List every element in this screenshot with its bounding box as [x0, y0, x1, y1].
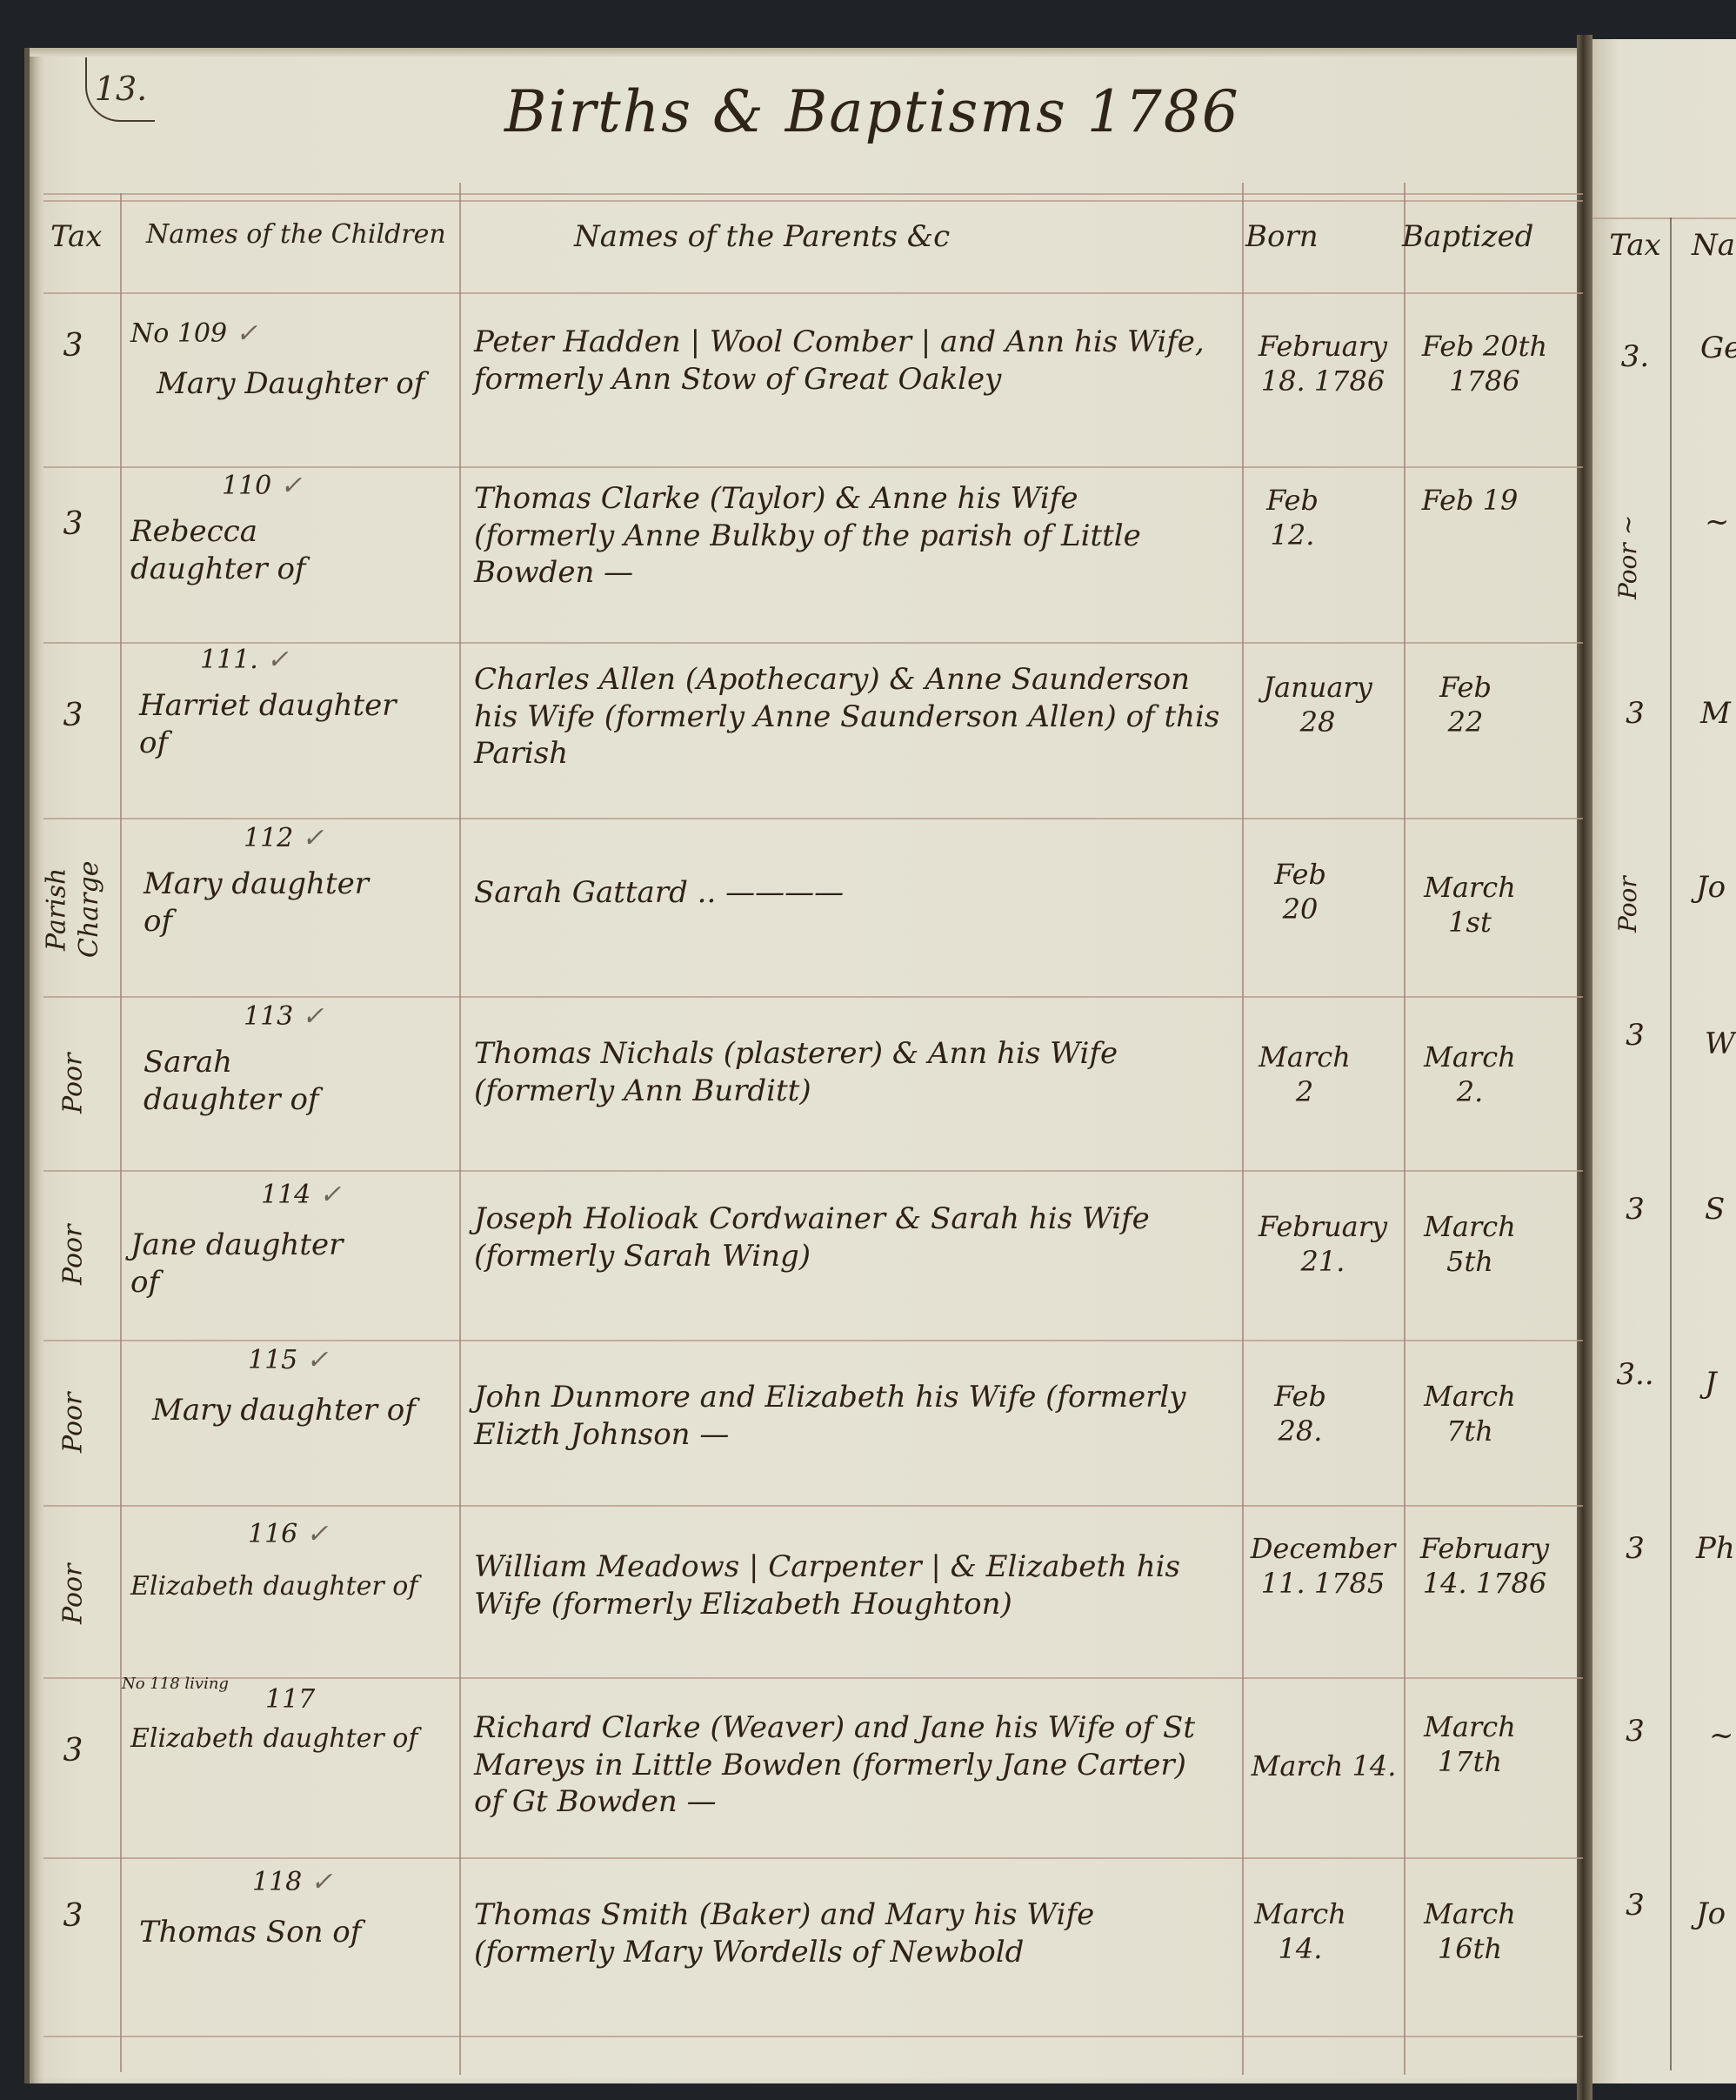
parents-names: Charles Allen (Apothecary) & Anne Saunde…: [474, 661, 1222, 772]
facing-name-fragment: ~: [1709, 1718, 1734, 1753]
facing-name-fragment: Jo: [1696, 1896, 1726, 1931]
entry-number-text: 115: [248, 1345, 297, 1375]
child-name: Sarah daughter of: [144, 1044, 352, 1118]
born-date: February 21.: [1249, 1209, 1397, 1279]
facing-tax: 3: [1596, 1714, 1674, 1749]
parents-names: Sarah Gattard .. ————: [474, 874, 1222, 912]
parents-names: Peter Hadden | Wool Comber | and Ann his…: [474, 324, 1222, 398]
entry-number: 110✓: [222, 470, 302, 503]
entry-number-text: 116: [248, 1519, 297, 1549]
facing-header-tax: Tax: [1596, 228, 1674, 263]
entry-number-text: 112: [244, 823, 293, 853]
checkmark-icon: ✓: [302, 1001, 324, 1032]
row-rule: [43, 2036, 1583, 2037]
header-tax: Tax: [50, 219, 102, 254]
page-title: Births & Baptisms 1786: [504, 78, 1240, 145]
checkmark-icon: ✓: [310, 1867, 332, 1897]
child-name: Mary daughter of: [152, 1392, 457, 1429]
child-name: Harriet daughter of: [139, 687, 400, 761]
tax-value: Poor: [49, 1514, 97, 1675]
entry-number-text: 114: [261, 1180, 310, 1210]
entry-number: No 109✓: [130, 318, 257, 351]
facing-name-fragment: ~: [1705, 505, 1730, 539]
parents-names: Richard Clarke (Weaver) and Jane his Wif…: [474, 1709, 1222, 1821]
baptized-date: Feb 20th 1786: [1402, 329, 1567, 398]
row-rule: [43, 1505, 1583, 1507]
entry-number-text: 113: [244, 1001, 293, 1032]
child-name: Rebecca daughter of: [130, 513, 391, 587]
entry-number: 111.✓: [200, 644, 289, 677]
facing-name-fragment: S: [1705, 1192, 1725, 1227]
facing-tax: 3: [1596, 1018, 1674, 1053]
baptized-date: March 17th: [1418, 1709, 1522, 1779]
born-date: March 14.: [1252, 1896, 1348, 1966]
page-number: 13.: [85, 57, 155, 122]
baptized-date: March 2.: [1418, 1040, 1522, 1109]
col-rule-parents: [1242, 183, 1244, 2075]
row-rule: [43, 818, 1583, 819]
col-rule-born: [1404, 183, 1405, 2075]
facing-header-rule: [1592, 217, 1736, 219]
entry-number: 117: [265, 1683, 315, 1716]
tax-value: Poor: [49, 1344, 97, 1501]
child-name: Elizabeth daughter of: [130, 1570, 461, 1603]
facing-name-fragment: Ge: [1700, 331, 1736, 365]
parents-names: Thomas Smith (Baker) and Mary his Wife (…: [474, 1896, 1222, 1970]
tax-value: Poor: [49, 1000, 97, 1166]
born-date: March 14.: [1245, 1749, 1402, 1783]
facing-tax: Poor ~: [1613, 487, 1692, 626]
baptized-date: March 16th: [1418, 1896, 1522, 1966]
header-top-rule: [43, 193, 1583, 202]
baptized-date: February 14. 1786: [1402, 1531, 1567, 1601]
entry-number: 116✓: [248, 1518, 328, 1551]
child-name: Elizabeth daughter of: [130, 1722, 461, 1756]
facing-name-fragment: Jo: [1696, 870, 1726, 905]
born-date: December 11. 1785: [1240, 1531, 1405, 1601]
facing-tax: 3: [1596, 696, 1674, 731]
header-parents: Names of the Parents &c: [574, 219, 950, 254]
entry-number: 112✓: [244, 822, 324, 855]
tax-value: 3: [49, 1896, 97, 1936]
row-rule: [43, 996, 1583, 998]
checkmark-icon: ✓: [306, 1345, 328, 1375]
entry-number: 113✓: [244, 1000, 324, 1033]
entry-number: 118✓: [252, 1866, 332, 1899]
checkmark-icon: ✓: [267, 645, 289, 675]
checkmark-icon: ✓: [302, 823, 324, 853]
tax-value: 3: [49, 326, 97, 365]
checkmark-icon: ✓: [236, 318, 257, 349]
row-rule: [43, 1857, 1583, 1859]
facing-tax: 3: [1596, 1192, 1674, 1227]
facing-tax: 3: [1596, 1531, 1674, 1566]
parents-names: William Meadows | Carpenter | & Elizabet…: [474, 1548, 1222, 1622]
facing-tax: 3..: [1596, 1357, 1674, 1392]
tax-value: 3: [49, 1731, 97, 1770]
baptized-date: Feb 19: [1418, 483, 1522, 518]
born-date: Feb 28.: [1252, 1379, 1348, 1448]
child-name: Jane daughter of: [130, 1227, 357, 1301]
row-rule: [43, 1170, 1583, 1172]
entry-number-text: No 109: [130, 318, 227, 349]
header-children: Names of the Children: [146, 219, 446, 250]
header-bottom-rule: [43, 292, 1583, 294]
facing-name-fragment: Ph: [1696, 1531, 1735, 1566]
child-name: Mary daughter of: [144, 866, 370, 940]
facing-name-fragment: W: [1705, 1027, 1735, 1061]
entry-number-note: No 118 living: [122, 1675, 229, 1695]
checkmark-icon: ✓: [319, 1180, 341, 1210]
baptized-date: March 5th: [1418, 1209, 1522, 1279]
parents-names: Joseph Holioak Cordwainer & Sarah his Wi…: [474, 1200, 1222, 1274]
parents-names: Thomas Nichals (plasterer) & Ann his Wif…: [474, 1035, 1222, 1109]
born-date: Feb 12.: [1240, 483, 1345, 552]
facing-tax: Poor: [1613, 835, 1692, 974]
facing-name-fragment: M: [1700, 696, 1731, 731]
baptized-date: March 7th: [1418, 1379, 1522, 1448]
tax-value: 3: [49, 505, 97, 544]
baptized-date: Feb 22: [1418, 670, 1513, 739]
tax-value: 3: [49, 696, 97, 735]
tax-value: Parish Charge: [49, 826, 97, 992]
header-baptized: Baptized: [1402, 219, 1533, 254]
entry-number-text: 111.: [200, 645, 258, 675]
checkmark-icon: ✓: [306, 1519, 328, 1549]
row-rule: [43, 466, 1583, 468]
facing-header-names: Na: [1692, 228, 1735, 263]
entry-number-text: 118: [252, 1867, 302, 1897]
row-rule: [43, 1677, 1583, 1679]
col-rule-tax: [120, 193, 122, 2072]
child-name: Thomas Son of: [139, 1914, 435, 1951]
entry-number: 114✓: [261, 1179, 341, 1212]
born-date: January 28: [1252, 670, 1383, 739]
col-rule-children: [459, 183, 461, 2075]
entry-number: 115✓: [248, 1344, 328, 1377]
entry-number-text: 110: [222, 471, 271, 501]
parents-names: John Dunmore and Elizabeth his Wife (for…: [474, 1379, 1222, 1453]
facing-tax: 3: [1596, 1888, 1674, 1923]
header-born: Born: [1245, 219, 1319, 254]
child-name: Mary Daughter of: [157, 365, 452, 403]
book-gutter: [1577, 35, 1592, 2100]
facing-tax: 3.: [1596, 339, 1674, 374]
parents-names: Thomas Clarke (Taylor) & Anne his Wife (…: [474, 480, 1222, 592]
checkmark-icon: ✓: [280, 471, 302, 501]
baptized-date: March 1st: [1418, 870, 1522, 940]
tax-value: Poor: [49, 1174, 97, 1335]
facing-name-fragment: J: [1705, 1366, 1717, 1401]
born-date: March 2: [1252, 1040, 1357, 1109]
row-rule: [43, 1340, 1583, 1341]
born-date: February 18. 1786: [1240, 329, 1405, 398]
entry-number-text: 117: [265, 1684, 315, 1715]
born-date: Feb 20: [1252, 857, 1348, 926]
